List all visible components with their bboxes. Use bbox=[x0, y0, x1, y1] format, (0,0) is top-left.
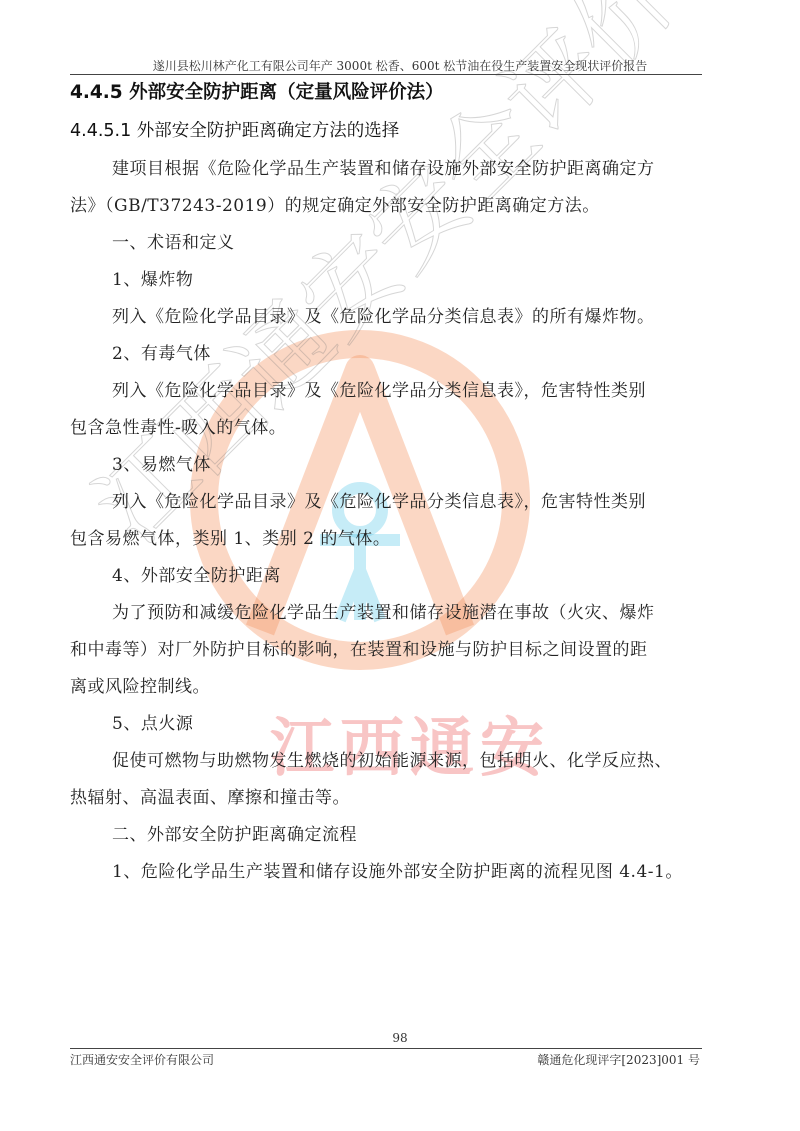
footer-divider bbox=[70, 1048, 702, 1049]
document-page: 江西通安安全评价有限公司 江西通安 遂川县松川林产化工有限公司年产 3000t … bbox=[0, 0, 800, 1131]
paragraph-line: 为了预防和减缓危险化学品生产装置和储存设施潜在事故（火灾、爆炸 bbox=[112, 598, 655, 623]
subsection-heading: 4.4.5.1 外部安全防护距离确定方法的选择 bbox=[70, 117, 399, 142]
paragraph-line: 法》（GB/T37243-2019）的规定确定外部安全防护距离确定方法。 bbox=[70, 191, 600, 216]
term-title: 3、易燃气体 bbox=[112, 450, 211, 475]
paragraph-line: 包含急性毒性-吸入的气体。 bbox=[70, 413, 286, 438]
paragraph-line: 列入《危险化学品目录》及《危险化学品分类信息表》，危害特性类别 bbox=[112, 487, 646, 512]
header-divider bbox=[70, 74, 702, 75]
paragraph-line: 热辐射、高温表面、摩擦和撞击等。 bbox=[70, 783, 350, 808]
footer-doc-number: 赣通危化现评字[2023]001 号 bbox=[537, 1051, 700, 1068]
list-heading: 一、术语和定义 bbox=[112, 228, 235, 253]
paragraph-line: 包含易燃气体，类别 1、类别 2 的气体。 bbox=[70, 524, 390, 549]
term-title: 2、有毒气体 bbox=[112, 339, 211, 364]
term-title: 5、点火源 bbox=[112, 709, 193, 734]
paragraph-line: 建项目根据《危险化学品生产装置和储存设施外部安全防护距离确定方 bbox=[112, 154, 655, 179]
running-header: 遂川县松川林产化工有限公司年产 3000t 松香、600t 松节油在役生产装置安… bbox=[70, 57, 730, 74]
paragraph-line: 1、危险化学品生产装置和储存设施外部安全防护距离的流程见图 4.4-1。 bbox=[112, 857, 683, 882]
paragraph-line: 促使可燃物与助燃物发生燃烧的初始能源来源，包括明火、化学反应热、 bbox=[112, 746, 672, 771]
term-title: 1、爆炸物 bbox=[112, 265, 193, 290]
term-title: 4、外部安全防护距离 bbox=[112, 561, 281, 586]
paragraph-line: 列入《危险化学品目录》及《危险化学品分类信息表》的所有爆炸物。 bbox=[112, 302, 655, 327]
list-heading: 二、外部安全防护距离确定流程 bbox=[112, 820, 357, 845]
paragraph-line: 列入《危险化学品目录》及《危险化学品分类信息表》，危害特性类别 bbox=[112, 376, 646, 401]
paragraph-line: 离或风险控制线。 bbox=[70, 672, 210, 697]
paragraph-line: 和中毒等）对厂外防护目标的影响，在装置和设施与防护目标之间设置的距 bbox=[70, 635, 648, 660]
page-number: 98 bbox=[0, 1031, 800, 1045]
footer-company: 江西通安安全评价有限公司 bbox=[70, 1051, 214, 1068]
section-heading: 4.4.5 外部安全防护距离（定量风险评价法） bbox=[70, 78, 444, 104]
